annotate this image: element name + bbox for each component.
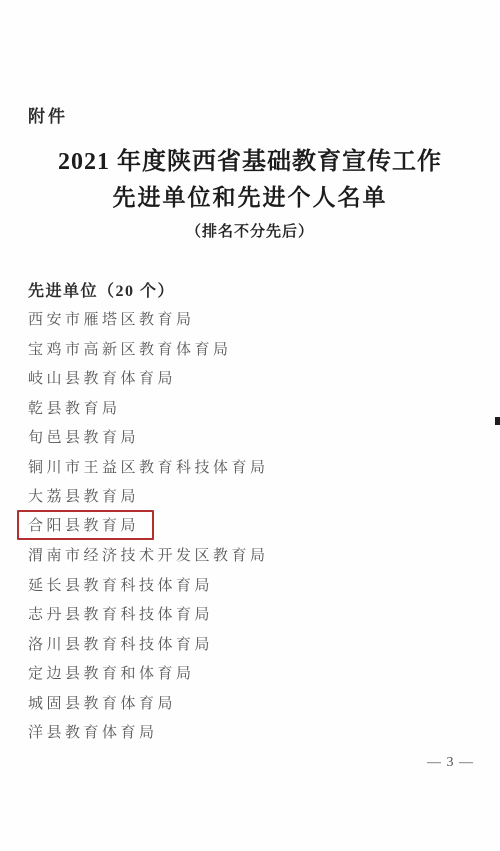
list-item: 洋县教育体育局: [28, 717, 468, 747]
unit-name: 城固县教育体育局: [28, 692, 176, 713]
unit-name: 延长县教育科技体育局: [28, 574, 213, 595]
list-item: 旬邑县教育局: [28, 422, 468, 452]
list-item: 铜川市王益区教育科技体育局: [28, 452, 468, 482]
list-item: 大荔县教育局: [28, 481, 468, 511]
list-item: 定边县教育和体育局: [28, 658, 468, 688]
unit-name: 洛川县教育科技体育局: [28, 633, 213, 654]
document-subtitle: （排名不分先后）: [0, 217, 500, 247]
unit-name: 宝鸡市高新区教育体育局: [28, 338, 232, 359]
list-item: 合阳县教育局: [28, 511, 468, 541]
list-item: 志丹县教育科技体育局: [28, 599, 468, 629]
unit-name: 志丹县教育科技体育局: [28, 603, 213, 624]
page-number: — 3 —: [427, 755, 474, 771]
attachment-label: 附件: [28, 102, 68, 127]
document-title-line1: 2021 年度陕西省基础教育宣传工作: [0, 147, 500, 178]
unit-name: 洋县教育体育局: [28, 721, 158, 742]
document-page: 附件 2021 年度陕西省基础教育宣传工作 先进单位和先进个人名单 （排名不分先…: [0, 0, 500, 851]
list-item: 渭南市经济技术开发区教育局: [28, 540, 468, 570]
unit-name: 定边县教育和体育局: [28, 662, 195, 683]
list-item: 宝鸡市高新区教育体育局: [28, 334, 468, 364]
title-block: 2021 年度陕西省基础教育宣传工作 先进单位和先进个人名单 （排名不分先后）: [0, 147, 500, 247]
unit-list: 西安市雁塔区教育局宝鸡市高新区教育体育局岐山县教育体育局乾县教育局旬邑县教育局铜…: [28, 304, 468, 747]
unit-name: 旬邑县教育局: [28, 426, 139, 447]
unit-name: 大荔县教育局: [28, 485, 139, 506]
unit-name: 乾县教育局: [28, 397, 121, 418]
unit-name: 岐山县教育体育局: [28, 367, 176, 388]
unit-name: 铜川市王益区教育科技体育局: [28, 456, 269, 477]
unit-name: 西安市雁塔区教育局: [28, 308, 195, 329]
list-item: 洛川县教育科技体育局: [28, 629, 468, 659]
list-item: 延长县教育科技体育局: [28, 570, 468, 600]
section-heading: 先进单位（20 个）: [28, 278, 175, 301]
unit-name-highlighted: 合阳县教育局: [17, 510, 154, 540]
list-item: 乾县教育局: [28, 393, 468, 423]
list-item: 西安市雁塔区教育局: [28, 304, 468, 334]
list-item: 城固县教育体育局: [28, 688, 468, 718]
list-item: 岐山县教育体育局: [28, 363, 468, 393]
unit-name: 渭南市经济技术开发区教育局: [28, 544, 269, 565]
scan-artifact-mark: [495, 417, 500, 425]
document-title-line2: 先进单位和先进个人名单: [0, 178, 500, 217]
